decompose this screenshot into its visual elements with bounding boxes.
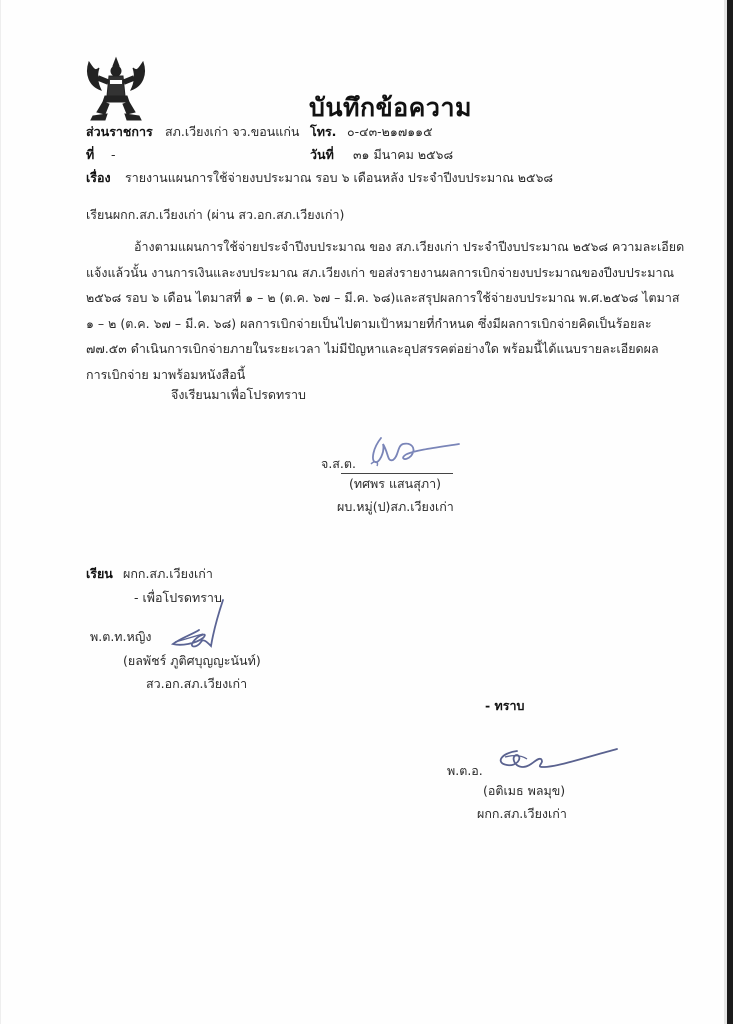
signer1-rank: จ.ส.ต. xyxy=(321,455,356,473)
signature-line xyxy=(341,473,453,474)
phone-label: โทร. xyxy=(310,123,336,141)
body-line: ๑ – ๒ (ต.ค. ๖๗ – มี.ค. ๖๘) ผลการเบิกจ่าย… xyxy=(86,311,686,337)
body-line: ๒๕๖๘ รอบ ๖ เดือน ไตมาสที่ ๑ – ๒ (ต.ค. ๖๗… xyxy=(86,285,686,311)
ref-value: - xyxy=(111,146,116,164)
memo-page: บันทึกข้อความ ส่วนราชการ สภ.เวียงเก่า จว… xyxy=(0,0,727,1024)
endorsement1-position: สว.อก.สภ.เวียงเก่า xyxy=(146,675,247,693)
phone-value: ๐-๔๓-๒๑๗๑๑๕ xyxy=(347,123,433,141)
signer1-name: (ทศพร แสนสุภา) xyxy=(349,475,441,493)
endorsement1-name: (ยลพัชร์ ภูติศบุญญะนันท์) xyxy=(123,652,261,670)
endorsement2-note: - ทราบ xyxy=(485,697,524,715)
endorsement2-position: ผกก.สภ.เวียงเก่า xyxy=(477,805,567,823)
signature-2 xyxy=(159,598,229,658)
endorsement2-rank: พ.ต.อ. xyxy=(447,762,483,780)
agency-label: ส่วนราชการ xyxy=(86,123,153,141)
subject-label: เรื่อง xyxy=(86,169,111,187)
body-paragraph: อ้างตามแผนการใช้จ่ายประจำปีงบประมาณ ของ … xyxy=(86,234,686,387)
body-line: ๗๗.๕๓ ดำเนินการเบิกจ่ายภายในระยะเวลา ไม่… xyxy=(86,336,686,362)
subject-value: รายงานแผนการใช้จ่ายงบประมาณ รอบ ๖ เดือนห… xyxy=(125,169,553,187)
signer1-position: ผบ.หมู่(ป)สภ.เวียงเก่า xyxy=(337,498,454,516)
endorsement1-to-label: เรียน xyxy=(86,565,113,583)
salutation: เรียนผกก.สภ.เวียงเก่า (ผ่าน สว.อก.สภ.เวี… xyxy=(86,206,344,224)
endorsement2-name: (อติเมธ พลมุข) xyxy=(483,782,565,800)
body-line: แจ้งแล้วนั้น งานการเงินและงบประมาณ สภ.เว… xyxy=(86,260,686,286)
endorsement1-to-value: ผกก.สภ.เวียงเก่า xyxy=(123,565,213,583)
viewer-border xyxy=(727,0,733,1024)
ref-label: ที่ xyxy=(86,146,94,164)
document-title: บันทึกข้อความ xyxy=(309,88,472,128)
endorsement1-rank: พ.ต.ท.หญิง xyxy=(90,628,152,646)
garuda-emblem-icon xyxy=(83,56,149,124)
body-line: การเบิกจ่าย มาพร้อมหนังสือนี้ xyxy=(86,362,686,388)
date-label: วันที่ xyxy=(310,146,334,164)
closing-text: จึงเรียนมาเพื่อโปรดทราบ xyxy=(171,386,306,404)
body-line: อ้างตามแผนการใช้จ่ายประจำปีงบประมาณ ของ … xyxy=(86,234,686,260)
date-value: ๓๑ มีนาคม ๒๕๖๘ xyxy=(353,146,453,164)
agency-value: สภ.เวียงเก่า จว.ขอนแก่น xyxy=(165,123,299,141)
signature-1 xyxy=(363,432,463,472)
signature-3 xyxy=(487,745,622,780)
